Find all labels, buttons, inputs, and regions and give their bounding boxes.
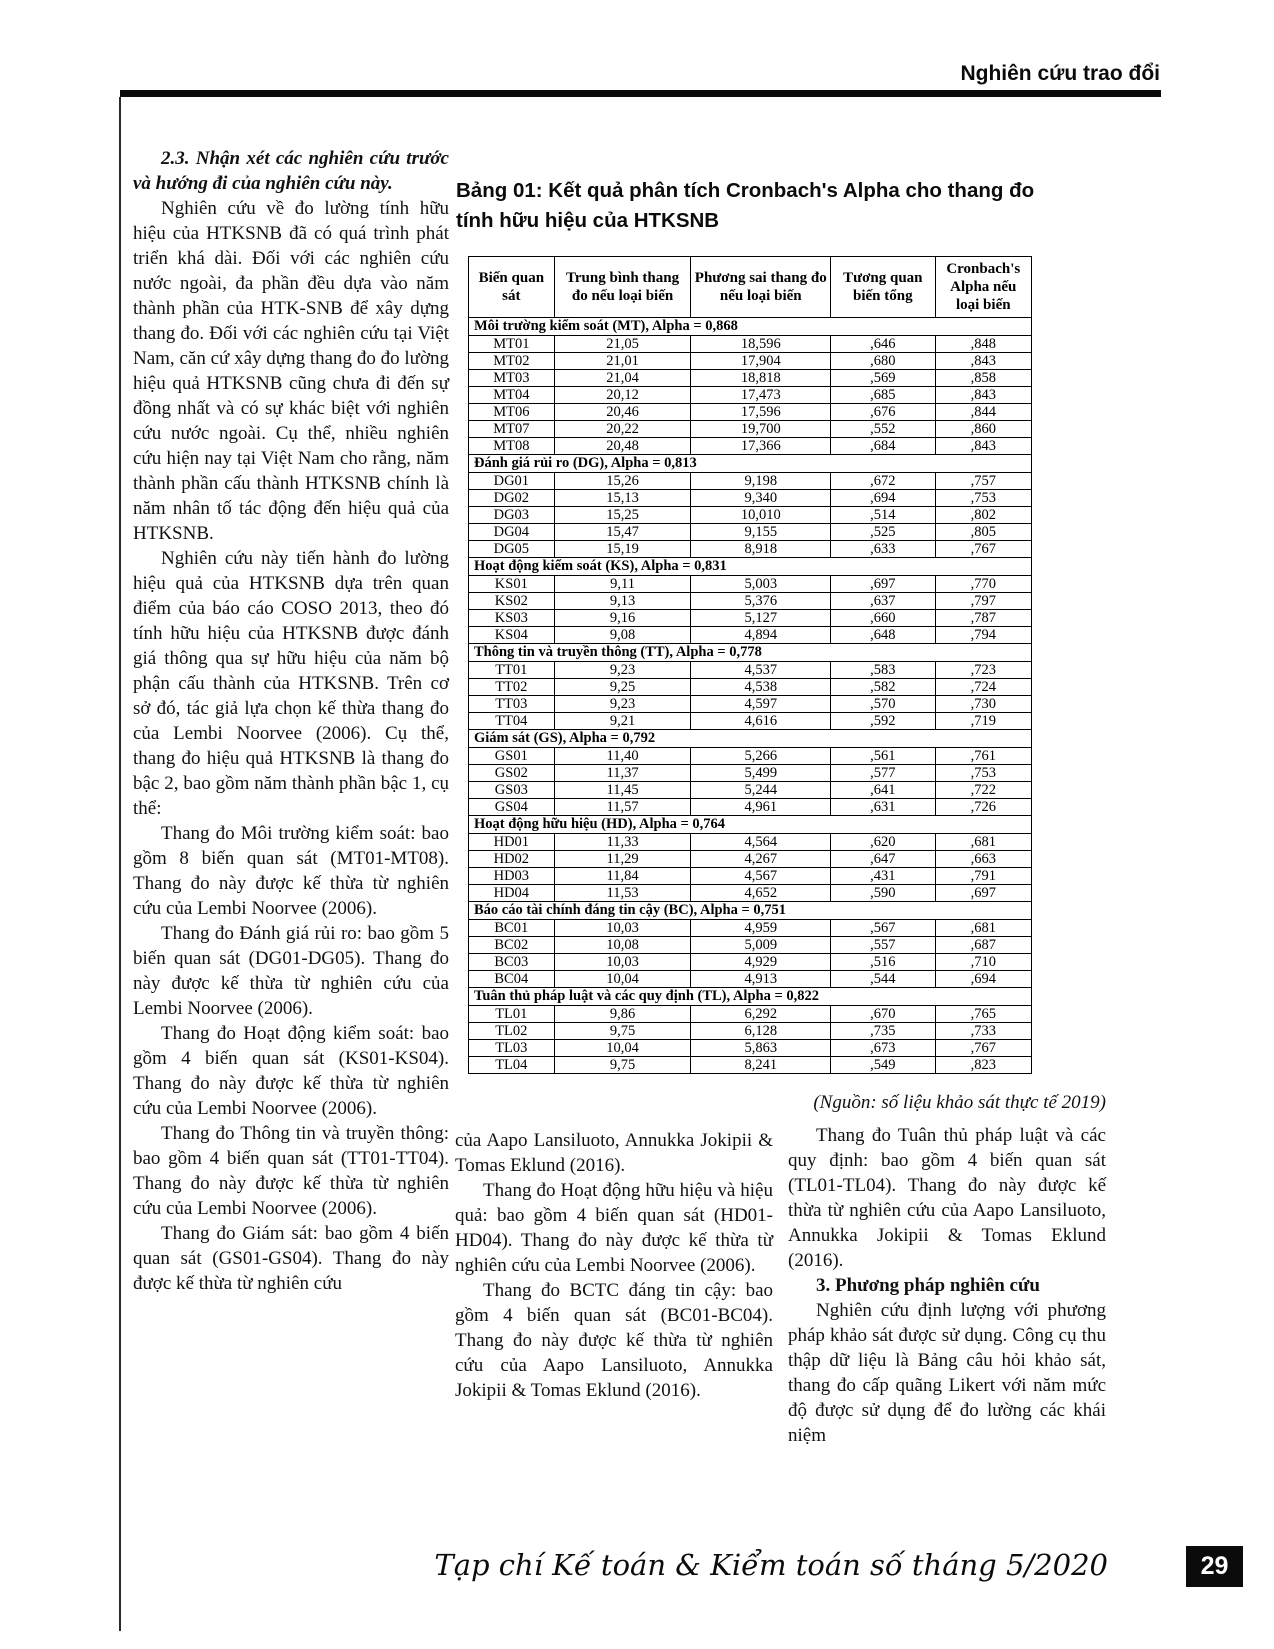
table-cell: 15,47	[554, 524, 691, 541]
table-cell: 4,538	[691, 679, 831, 696]
table-title: Bảng 01: Kết quả phân tích Cronbach's Al…	[456, 176, 1068, 236]
table-cell: BC01	[469, 920, 555, 937]
table-cell: 9,198	[691, 473, 831, 490]
table-cell: ,753	[935, 765, 1031, 782]
table-cell: ,561	[831, 748, 936, 765]
table-cell: 11,53	[554, 885, 691, 902]
table-cell: 5,244	[691, 782, 831, 799]
table-cell: MT02	[469, 353, 555, 370]
table-cell: ,765	[935, 1006, 1031, 1023]
table-cell: 20,22	[554, 421, 691, 438]
table-cell: ,844	[935, 404, 1031, 421]
table-row: TT049,214,616,592,719	[469, 713, 1032, 730]
table-cell: ,670	[831, 1006, 936, 1023]
table-cell: DG03	[469, 507, 555, 524]
table-cell: 15,25	[554, 507, 691, 524]
table-cell: 20,46	[554, 404, 691, 421]
table-cell: ,794	[935, 627, 1031, 644]
table-cell: GS03	[469, 782, 555, 799]
table-row: KS049,084,894,648,794	[469, 627, 1032, 644]
table-cell: 19,700	[691, 421, 831, 438]
table-row: MT0820,4817,366,684,843	[469, 438, 1032, 455]
table-cell: MT07	[469, 421, 555, 438]
table-cell: 20,12	[554, 387, 691, 404]
table-cell: BC02	[469, 937, 555, 954]
cronbach-alpha-table: Biến quan sát Trung bình thang đo nếu lo…	[468, 256, 1032, 1074]
table-cell: 9,75	[554, 1057, 691, 1074]
paragraph: Nghiên cứu này tiến hành đo lường hiệu q…	[133, 546, 449, 821]
table-cell: ,858	[935, 370, 1031, 387]
table-cell: ,673	[831, 1040, 936, 1057]
paragraph: Thang đo Môi trường kiểm soát: bao gồm 8…	[133, 821, 449, 921]
paragraph: Thang đo Đánh giá rủi ro: bao gồm 5 biến…	[133, 921, 449, 1021]
column-header: Tương quan biến tổng	[831, 257, 936, 318]
table-cell: KS04	[469, 627, 555, 644]
paragraph: Thang đo Hoạt động kiểm soát: bao gồm 4 …	[133, 1021, 449, 1121]
table-cell: ,570	[831, 696, 936, 713]
table-group-row: Báo cáo tài chính đáng tin cậy (BC), Alp…	[469, 902, 1032, 920]
table-cell: KS01	[469, 576, 555, 593]
table-group-label: Môi trường kiểm soát (MT), Alpha = 0,868	[469, 318, 1032, 336]
table-cell: 20,48	[554, 438, 691, 455]
table-cell: 4,537	[691, 662, 831, 679]
table-cell: ,663	[935, 851, 1031, 868]
table-cell: ,590	[831, 885, 936, 902]
table-cell: ,684	[831, 438, 936, 455]
table-cell: 5,009	[691, 937, 831, 954]
table-group-label: Hoạt động kiểm soát (KS), Alpha = 0,831	[469, 558, 1032, 576]
table-cell: ,787	[935, 610, 1031, 627]
table-row: GS0211,375,499,577,753	[469, 765, 1032, 782]
table-row: TL019,866,292,670,765	[469, 1006, 1032, 1023]
table-cell: DG01	[469, 473, 555, 490]
table-cell: 5,499	[691, 765, 831, 782]
table-cell: 9,08	[554, 627, 691, 644]
table-cell: 9,75	[554, 1023, 691, 1040]
table-cell: 5,266	[691, 748, 831, 765]
table-row: TL029,756,128,735,733	[469, 1023, 1032, 1040]
table-cell: ,681	[935, 920, 1031, 937]
table-cell: 6,128	[691, 1023, 831, 1040]
header-rule	[120, 90, 1161, 97]
table-group-row: Thông tin và truyền thông (TT), Alpha = …	[469, 644, 1032, 662]
table-cell: 10,08	[554, 937, 691, 954]
table-cell: ,753	[935, 490, 1031, 507]
table-cell: ,567	[831, 920, 936, 937]
table-cell: 17,904	[691, 353, 831, 370]
table-group-label: Giám sát (GS), Alpha = 0,792	[469, 730, 1032, 748]
table-cell: ,525	[831, 524, 936, 541]
table-cell: 21,01	[554, 353, 691, 370]
table-group-label: Báo cáo tài chính đáng tin cậy (BC), Alp…	[469, 902, 1032, 920]
paragraph: Nghiên cứu định lượng với phương pháp kh…	[788, 1298, 1106, 1448]
left-margin-rule	[119, 97, 121, 1631]
table-cell: 4,597	[691, 696, 831, 713]
table-cell: 9,155	[691, 524, 831, 541]
table-cell: 15,13	[554, 490, 691, 507]
table-cell: ,767	[935, 1040, 1031, 1057]
table-row: BC0310,034,929,516,710	[469, 954, 1032, 971]
table-cell: ,757	[935, 473, 1031, 490]
table-cell: 5,863	[691, 1040, 831, 1057]
table-cell: GS04	[469, 799, 555, 816]
table-cell: ,697	[831, 576, 936, 593]
table-group-label: Hoạt động hữu hiệu (HD), Alpha = 0,764	[469, 816, 1032, 834]
table-cell: 17,366	[691, 438, 831, 455]
table-cell: 9,21	[554, 713, 691, 730]
table-cell: DG04	[469, 524, 555, 541]
table-cell: 4,959	[691, 920, 831, 937]
table-cell: 10,04	[554, 1040, 691, 1057]
table-cell: 18,596	[691, 336, 831, 353]
table-row: DG0115,269,198,672,757	[469, 473, 1032, 490]
table-cell: ,577	[831, 765, 936, 782]
table-cell: MT03	[469, 370, 555, 387]
table-row: BC0410,044,913,544,694	[469, 971, 1032, 988]
table-cell: HD02	[469, 851, 555, 868]
middle-column: của Aapo Lansiluoto, Annukka Jokipii & T…	[455, 1128, 773, 1403]
table-row: MT0221,0117,904,680,843	[469, 353, 1032, 370]
table-cell: ,767	[935, 541, 1031, 558]
table-row: GS0311,455,244,641,722	[469, 782, 1032, 799]
table-cell: 4,567	[691, 868, 831, 885]
table-cell: MT08	[469, 438, 555, 455]
table-cell: 4,913	[691, 971, 831, 988]
table-cell: MT06	[469, 404, 555, 421]
table-cell: ,637	[831, 593, 936, 610]
table-cell: HD01	[469, 834, 555, 851]
table-cell: 5,127	[691, 610, 831, 627]
table-cell: ,697	[935, 885, 1031, 902]
table-row: GS0411,574,961,631,726	[469, 799, 1032, 816]
table-cell: TL04	[469, 1057, 555, 1074]
table-group-row: Môi trường kiểm soát (MT), Alpha = 0,868	[469, 318, 1032, 336]
table-cell: ,676	[831, 404, 936, 421]
table-cell: ,646	[831, 336, 936, 353]
table-cell: ,680	[831, 353, 936, 370]
paragraph: của Aapo Lansiluoto, Annukka Jokipii & T…	[455, 1128, 773, 1178]
table-cell: 15,26	[554, 473, 691, 490]
table-cell: DG02	[469, 490, 555, 507]
table-row: HD0111,334,564,620,681	[469, 834, 1032, 851]
table-cell: 6,292	[691, 1006, 831, 1023]
table-row: TL0310,045,863,673,767	[469, 1040, 1032, 1057]
table-cell: ,805	[935, 524, 1031, 541]
table-cell: ,761	[935, 748, 1031, 765]
table-cell: BC03	[469, 954, 555, 971]
table-group-label: Đánh giá rủi ro (DG), Alpha = 0,813	[469, 455, 1032, 473]
paragraph: Thang đo Tuân thủ pháp luật và các quy đ…	[788, 1123, 1106, 1273]
table-cell: 11,37	[554, 765, 691, 782]
table-cell: ,735	[831, 1023, 936, 1040]
paragraph: Thang đo Hoạt động hữu hiệu và hiệu quả:…	[455, 1178, 773, 1278]
left-column: 2.3. Nhận xét các nghiên cứu trước và hư…	[133, 146, 449, 1296]
table-cell: ,694	[935, 971, 1031, 988]
table-row: DG0515,198,918,633,767	[469, 541, 1032, 558]
journal-page: Nghiên cứu trao đổi 2.3. Nhận xét các ng…	[0, 0, 1274, 1649]
table-cell: 9,11	[554, 576, 691, 593]
table-row: DG0315,2510,010,514,802	[469, 507, 1032, 524]
right-column: (Nguồn: số liệu khảo sát thực tế 2019) T…	[788, 1090, 1106, 1448]
table-cell: 9,16	[554, 610, 691, 627]
table-header-row: Biến quan sát Trung bình thang đo nếu lo…	[469, 257, 1032, 318]
table-cell: 4,267	[691, 851, 831, 868]
table-cell: MT04	[469, 387, 555, 404]
table-row: MT0720,2219,700,552,860	[469, 421, 1032, 438]
table-cell: ,544	[831, 971, 936, 988]
table-cell: TL03	[469, 1040, 555, 1057]
paragraph: Nghiên cứu về đo lường tính hữu hiệu của…	[133, 196, 449, 546]
table-cell: KS02	[469, 593, 555, 610]
column-header: Trung bình thang đo nếu loại biến	[554, 257, 691, 318]
table-row: TT019,234,537,583,723	[469, 662, 1032, 679]
running-head: Nghiên cứu trao đổi	[960, 62, 1160, 86]
table-cell: 21,04	[554, 370, 691, 387]
table-cell: 4,929	[691, 954, 831, 971]
paragraph: Thang đo BCTC đáng tin cậy: bao gồm 4 bi…	[455, 1278, 773, 1403]
table-cell: ,843	[935, 387, 1031, 404]
table-cell: ,514	[831, 507, 936, 524]
table-cell: ,724	[935, 679, 1031, 696]
table-cell: 9,23	[554, 696, 691, 713]
table-cell: ,791	[935, 868, 1031, 885]
column-header: Phương sai thang đo nếu loại biến	[691, 257, 831, 318]
table-cell: ,583	[831, 662, 936, 679]
table-cell: 11,29	[554, 851, 691, 868]
table-row: HD0211,294,267,647,663	[469, 851, 1032, 868]
table-row: GS0111,405,266,561,761	[469, 748, 1032, 765]
table-cell: 11,45	[554, 782, 691, 799]
table-row: MT0420,1217,473,685,843	[469, 387, 1032, 404]
table-cell: BC04	[469, 971, 555, 988]
table-cell: ,582	[831, 679, 936, 696]
page-number-badge: 29	[1186, 1546, 1243, 1587]
table-row: HD0311,844,567,431,791	[469, 868, 1032, 885]
table-cell: ,641	[831, 782, 936, 799]
table-cell: HD03	[469, 868, 555, 885]
table-cell: ,694	[831, 490, 936, 507]
table-cell: TL02	[469, 1023, 555, 1040]
table-cell: 11,40	[554, 748, 691, 765]
paragraph: Thang đo Thông tin và truyền thông: bao …	[133, 1121, 449, 1221]
table-row: KS029,135,376,637,797	[469, 593, 1032, 610]
table-cell: DG05	[469, 541, 555, 558]
section-heading-3: 3. Phương pháp nghiên cứu	[788, 1273, 1106, 1298]
table-cell: ,730	[935, 696, 1031, 713]
table-cell: 11,33	[554, 834, 691, 851]
column-header: Biến quan sát	[469, 257, 555, 318]
table-cell: 9,340	[691, 490, 831, 507]
table-cell: 15,19	[554, 541, 691, 558]
table-cell: 5,376	[691, 593, 831, 610]
table-cell: TL01	[469, 1006, 555, 1023]
table-cell: TT02	[469, 679, 555, 696]
table-cell: ,549	[831, 1057, 936, 1074]
cronbach-table-body: Môi trường kiểm soát (MT), Alpha = 0,868…	[469, 318, 1032, 1074]
table-cell: ,797	[935, 593, 1031, 610]
table-cell: 17,473	[691, 387, 831, 404]
table-cell: ,660	[831, 610, 936, 627]
table-cell: HD04	[469, 885, 555, 902]
table-cell: ,726	[935, 799, 1031, 816]
table-cell: 21,05	[554, 336, 691, 353]
table-cell: ,516	[831, 954, 936, 971]
table-cell: ,431	[831, 868, 936, 885]
table-row: MT0620,4617,596,676,844	[469, 404, 1032, 421]
table-cell: ,647	[831, 851, 936, 868]
table-group-label: Thông tin và truyền thông (TT), Alpha = …	[469, 644, 1032, 662]
table-cell: ,843	[935, 438, 1031, 455]
footer-journal-title: Tạp chí Kế toán & Kiểm toán số tháng 5/2…	[434, 1548, 1108, 1582]
table-group-row: Hoạt động kiểm soát (KS), Alpha = 0,831	[469, 558, 1032, 576]
table-cell: MT01	[469, 336, 555, 353]
column-header: Cronbach's Alpha nếu loại biến	[935, 257, 1031, 318]
table-cell: 10,04	[554, 971, 691, 988]
table-cell: 11,84	[554, 868, 691, 885]
table-cell: ,802	[935, 507, 1031, 524]
table-group-label: Tuân thủ pháp luật và các quy định (TL),…	[469, 988, 1032, 1006]
table-cell: 10,010	[691, 507, 831, 524]
table-cell: 9,23	[554, 662, 691, 679]
table-cell: ,620	[831, 834, 936, 851]
paragraph: Thang đo Giám sát: bao gồm 4 biến quan s…	[133, 1221, 449, 1296]
table-cell: 4,564	[691, 834, 831, 851]
table-row: KS039,165,127,660,787	[469, 610, 1032, 627]
table-cell: ,843	[935, 353, 1031, 370]
table-row: TT039,234,597,570,730	[469, 696, 1032, 713]
table-row: TL049,758,241,549,823	[469, 1057, 1032, 1074]
table-cell: 4,961	[691, 799, 831, 816]
table-cell: ,557	[831, 937, 936, 954]
table-cell: 17,596	[691, 404, 831, 421]
table-row: MT0121,0518,596,646,848	[469, 336, 1032, 353]
table-cell: 4,652	[691, 885, 831, 902]
table-row: KS019,115,003,697,770	[469, 576, 1032, 593]
table-cell: ,685	[831, 387, 936, 404]
table-cell: ,631	[831, 799, 936, 816]
table-cell: 11,57	[554, 799, 691, 816]
table-row: TT029,254,538,582,724	[469, 679, 1032, 696]
table-cell: ,719	[935, 713, 1031, 730]
table-cell: 8,241	[691, 1057, 831, 1074]
table-cell: ,848	[935, 336, 1031, 353]
table-cell: ,681	[935, 834, 1031, 851]
table-cell: ,723	[935, 662, 1031, 679]
table-row: BC0110,034,959,567,681	[469, 920, 1032, 937]
table-cell: ,592	[831, 713, 936, 730]
table-source-note: (Nguồn: số liệu khảo sát thực tế 2019)	[788, 1090, 1106, 1115]
table-cell: KS03	[469, 610, 555, 627]
table-row: DG0415,479,155,525,805	[469, 524, 1032, 541]
table-cell: GS01	[469, 748, 555, 765]
table-cell: ,860	[935, 421, 1031, 438]
table-cell: ,552	[831, 421, 936, 438]
table-row: BC0210,085,009,557,687	[469, 937, 1032, 954]
table-cell: 10,03	[554, 920, 691, 937]
section-heading-2-3: 2.3. Nhận xét các nghiên cứu trước và hư…	[133, 146, 449, 196]
table-cell: ,687	[935, 937, 1031, 954]
table-row: MT0321,0418,818,569,858	[469, 370, 1032, 387]
table-cell: 4,616	[691, 713, 831, 730]
table-cell: ,733	[935, 1023, 1031, 1040]
table-cell: 9,86	[554, 1006, 691, 1023]
table-cell: ,823	[935, 1057, 1031, 1074]
table-cell: ,569	[831, 370, 936, 387]
table-cell: 9,13	[554, 593, 691, 610]
table-cell: ,648	[831, 627, 936, 644]
table-cell: ,672	[831, 473, 936, 490]
table-group-row: Đánh giá rủi ro (DG), Alpha = 0,813	[469, 455, 1032, 473]
table-cell: ,770	[935, 576, 1031, 593]
table-cell: ,722	[935, 782, 1031, 799]
table-cell: TT03	[469, 696, 555, 713]
table-cell: GS02	[469, 765, 555, 782]
table-cell: 9,25	[554, 679, 691, 696]
table-row: HD0411,534,652,590,697	[469, 885, 1032, 902]
table-row: DG0215,139,340,694,753	[469, 490, 1032, 507]
table-cell: ,633	[831, 541, 936, 558]
table-cell: 8,918	[691, 541, 831, 558]
table-group-row: Tuân thủ pháp luật và các quy định (TL),…	[469, 988, 1032, 1006]
table-cell: 5,003	[691, 576, 831, 593]
table-cell: TT04	[469, 713, 555, 730]
table-cell: TT01	[469, 662, 555, 679]
table-cell: 10,03	[554, 954, 691, 971]
table-group-row: Hoạt động hữu hiệu (HD), Alpha = 0,764	[469, 816, 1032, 834]
table-cell: 18,818	[691, 370, 831, 387]
table-group-row: Giám sát (GS), Alpha = 0,792	[469, 730, 1032, 748]
table-cell: 4,894	[691, 627, 831, 644]
table-cell: ,710	[935, 954, 1031, 971]
